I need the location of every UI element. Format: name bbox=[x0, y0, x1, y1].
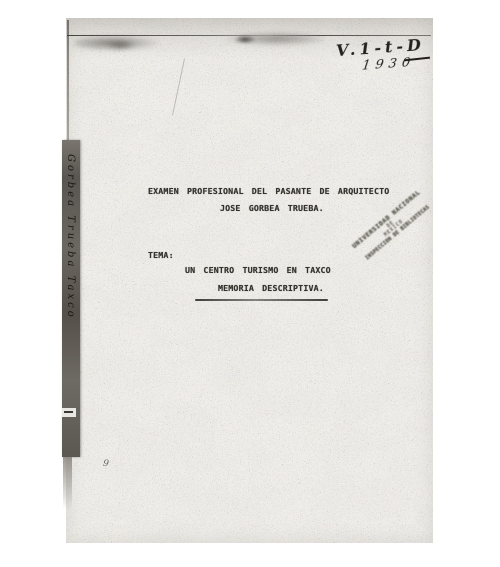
handwritten-year: 1930 bbox=[361, 55, 416, 74]
author-name-line: JOSE GORBEA TRUEBA. bbox=[220, 203, 324, 213]
ink-smudge bbox=[234, 35, 256, 44]
ink-smudge bbox=[106, 40, 136, 50]
stamp-line-2: DE bbox=[343, 184, 438, 265]
screenshot-canvas: Gorbea Trueba Taxco V.1-t-D 1930 EXAMEN … bbox=[0, 0, 500, 567]
spine-label-dash bbox=[64, 411, 73, 413]
theme-label: TEMA: bbox=[148, 250, 174, 260]
binding-spine-strip: Gorbea Trueba Taxco bbox=[62, 140, 80, 457]
exam-title-line: EXAMEN PROFESIONAL DEL PASANTE DE ARQUIT… bbox=[148, 186, 389, 196]
scanned-page: Gorbea Trueba Taxco V.1-t-D 1930 EXAMEN … bbox=[66, 18, 433, 543]
spine-label-patch bbox=[62, 408, 76, 417]
spine-handwritten-note: Gorbea Trueba Taxco bbox=[65, 154, 76, 320]
theme-title-line: UN CENTRO TURISMO EN TAXCO bbox=[185, 265, 331, 275]
margin-pencil-mark: 9 bbox=[102, 459, 109, 470]
paper-crease bbox=[172, 59, 185, 116]
ink-smudge bbox=[216, 33, 326, 47]
theme-subtitle-line: MEMORIA DESCRIPTIVA. bbox=[218, 283, 324, 293]
title-underline-rule bbox=[195, 299, 328, 301]
stamp-line-3: MEXICO bbox=[346, 188, 441, 269]
paper-noise-texture bbox=[66, 18, 433, 543]
page-left-edge-line bbox=[67, 20, 69, 140]
spine-fade-tail bbox=[63, 457, 72, 509]
